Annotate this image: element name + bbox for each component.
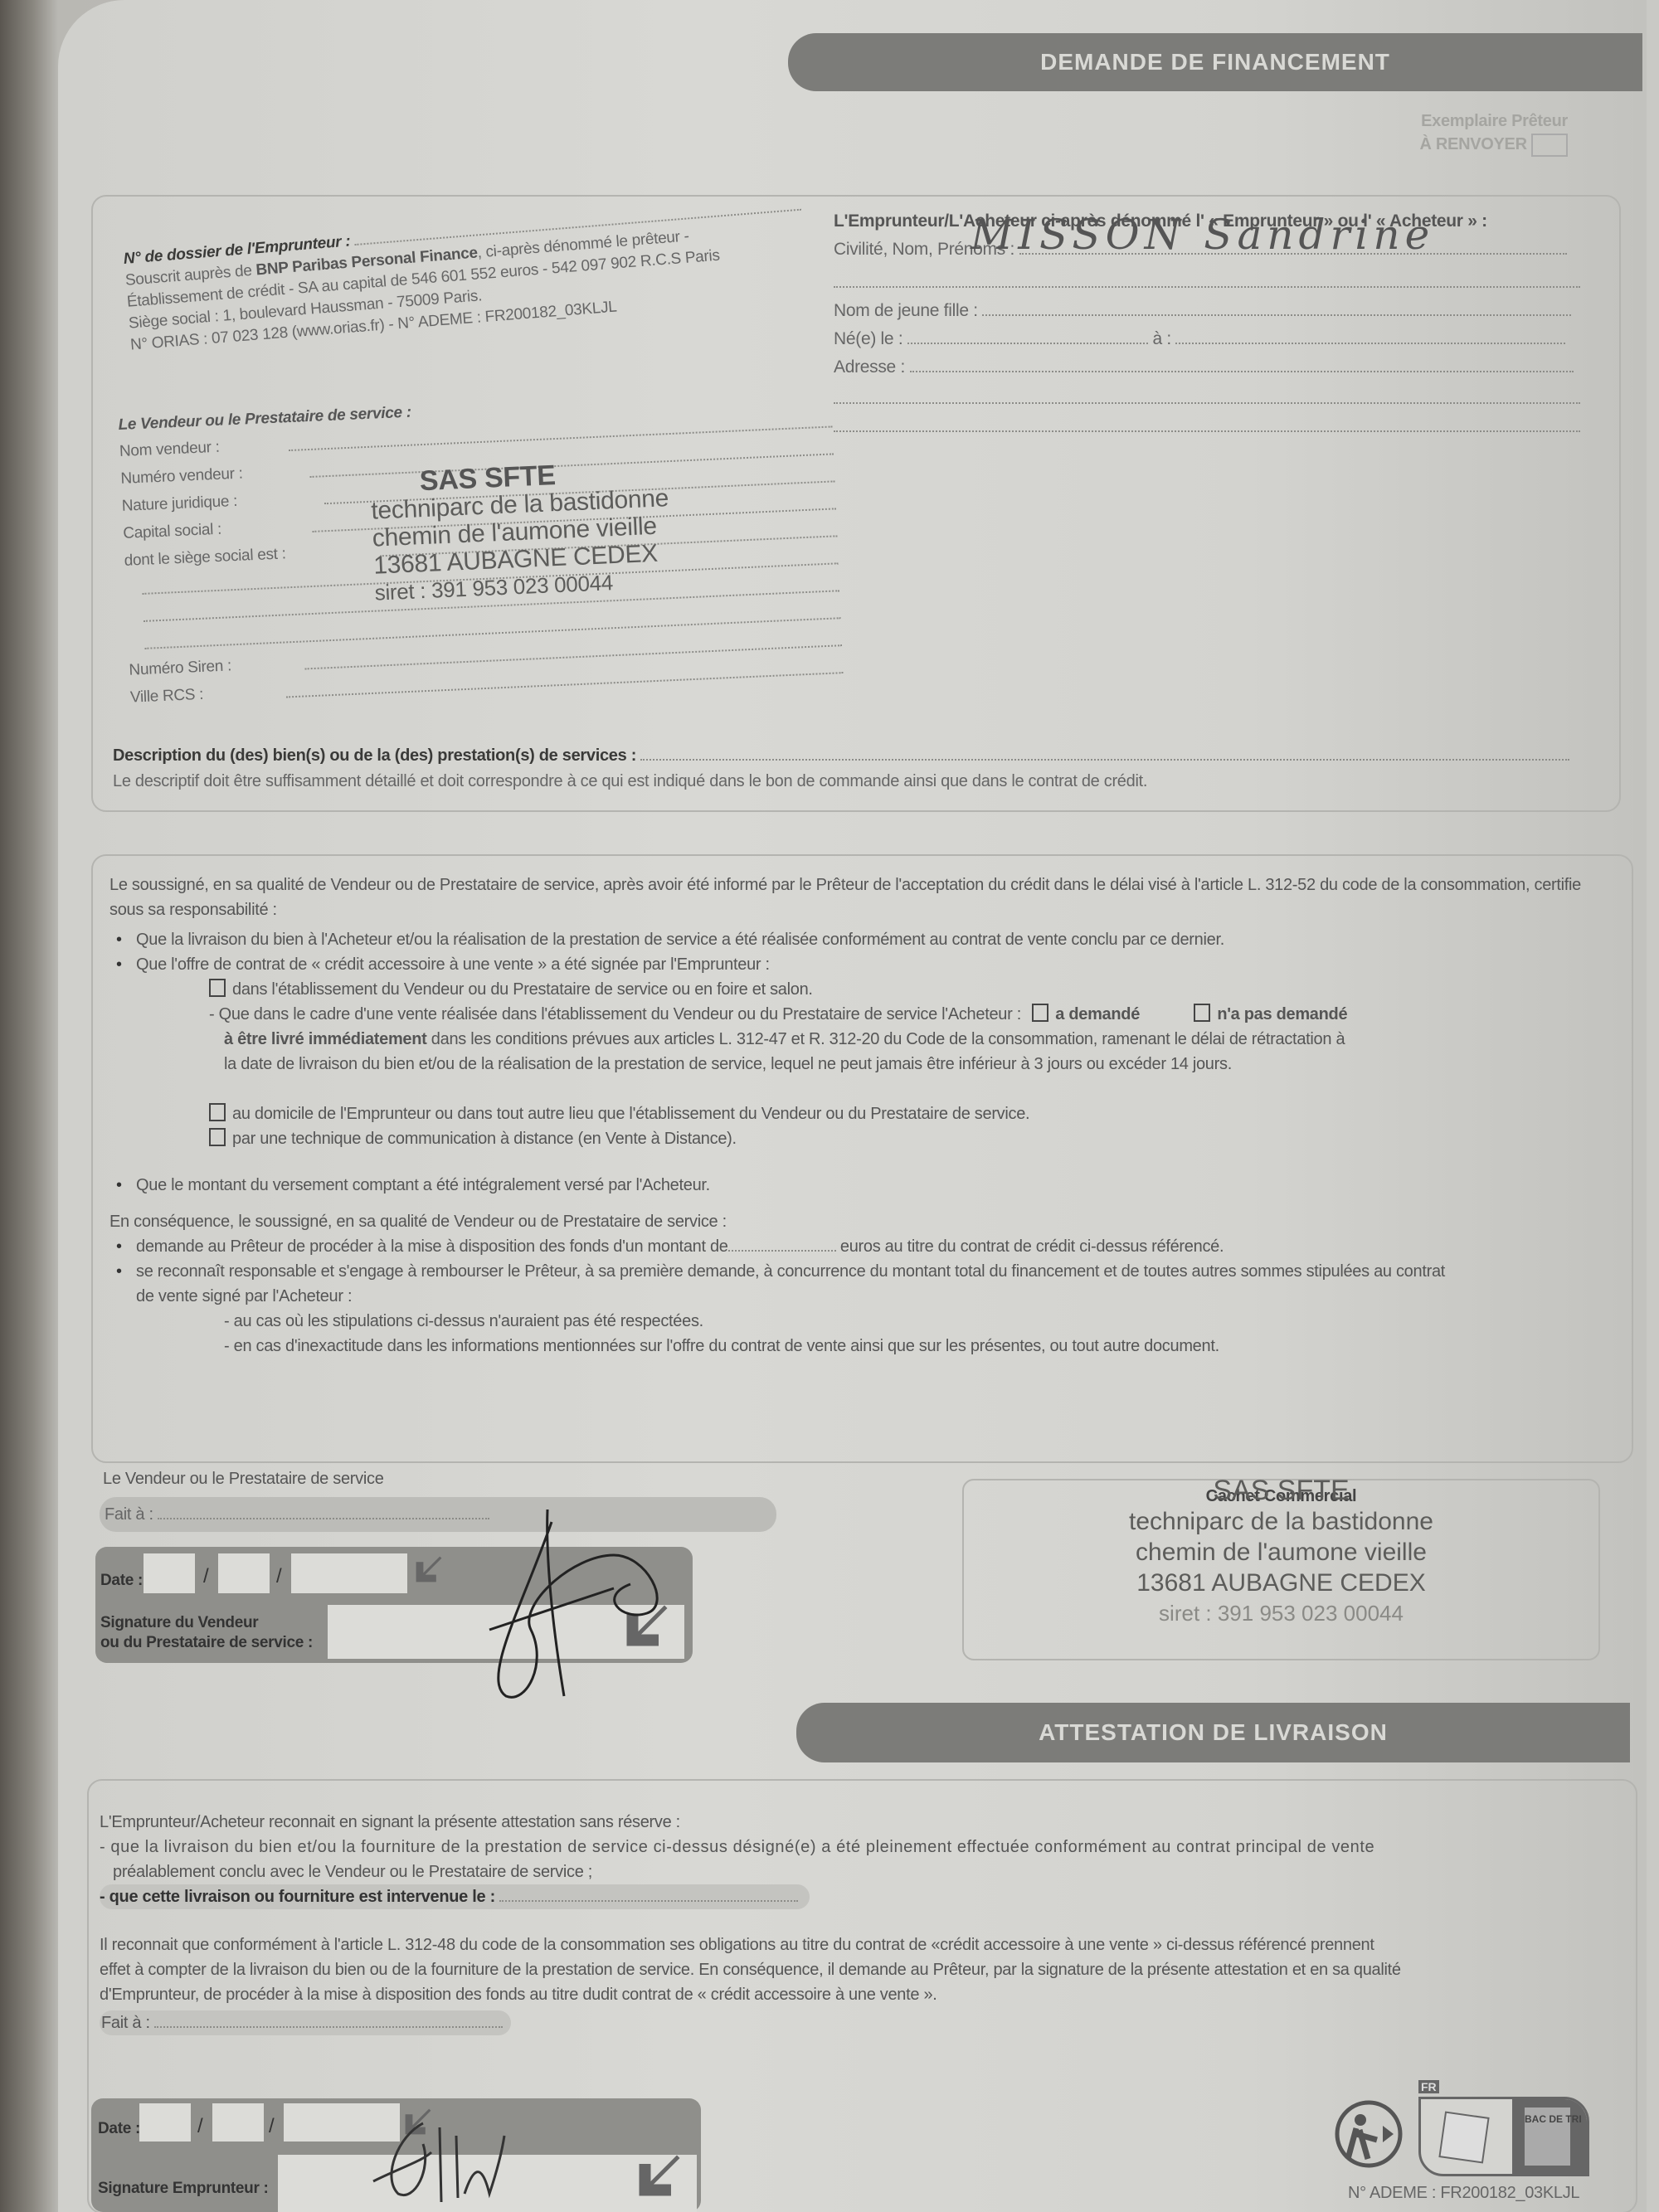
description-note: Le descriptif doit être suffisamment dét…	[113, 772, 1569, 791]
vendor-field-label: dont le siège social est :	[124, 545, 286, 569]
trash-bin-icon: BAC DE TRI	[1525, 2107, 1570, 2166]
checkbox-a-demande[interactable]	[1032, 1004, 1048, 1022]
vendor-fait-a-field[interactable]	[158, 1518, 489, 1519]
vendor-field-label: Capital social :	[123, 521, 222, 542]
delivery-paragraph-3: d'Emprunteur, de procéder à la mise à di…	[100, 1982, 1630, 2007]
label-na-pas-demande: n'a pas demandé	[1217, 1005, 1347, 1023]
ademe-number: N° ADEME : FR200182_03KLJL	[1348, 2184, 1579, 2203]
checkbox-domicile[interactable]	[209, 1103, 226, 1121]
delivery-paragraph-1: Il reconnait que conformément à l'articl…	[100, 1932, 1630, 1957]
vendor-date-label: Date :	[100, 1572, 143, 1590]
sorting-info-box: BAC DE TRI	[1418, 2097, 1589, 2176]
bin-label: BAC DE TRI	[1525, 2113, 1582, 2125]
triman-recycling-icon	[1331, 2097, 1406, 2171]
vendor-field-label: Numéro Siren :	[129, 657, 231, 678]
ne-le-label: Né(e) le :	[834, 329, 902, 348]
vendor-field-label: Nom vendeur :	[119, 439, 221, 460]
vendor-date-month[interactable]	[218, 1553, 270, 1593]
vendor-block: Le Vendeur ou le Prestataire de service …	[118, 382, 844, 711]
consequence-2-line2: de vente signé par l'Acheteur :	[136, 1284, 1603, 1309]
company-stamp-box: Cachet Commercial SAS SFTE techniparc de…	[962, 1479, 1600, 1660]
delivery-item-1: - que la livraison du bien et/ou la four…	[100, 1835, 1630, 1860]
consequence-2: se reconnaît responsable et s'engage à r…	[136, 1259, 1603, 1284]
civilite-row: Civilité, Nom, Prénoms : MISSON Sandrine	[834, 236, 1580, 264]
borrower-handwritten-signature	[365, 2103, 531, 2212]
date-separator: /	[276, 1565, 282, 1588]
label-a-demande: a demandé	[1055, 1005, 1140, 1023]
certification-bullet-1: Que la livraison du bien à l'Acheteur et…	[136, 927, 1603, 952]
civilite-handwritten-value: MISSON Sandrine	[971, 221, 1434, 249]
form-page: DEMANDE DE FINANCEMENT Exemplaire Prêteu…	[58, 0, 1647, 2212]
fait-a-label: Fait à :	[105, 1505, 153, 1524]
consequence-1: demande au Prêteur de procéder à la mise…	[136, 1234, 1603, 1259]
certification-bullet-2: Que l'offre de contrat de « crédit acces…	[136, 952, 1603, 977]
vendor-signature-label: Signature du Vendeur ou du Prestataire d…	[100, 1613, 313, 1653]
adresse-field[interactable]	[910, 371, 1574, 372]
vendor-date-day[interactable]	[144, 1553, 195, 1593]
description-field[interactable]	[640, 759, 1569, 761]
certification-text: Le soussigné, en sa qualité de Vendeur o…	[109, 873, 1603, 1359]
return-label: À RENVOYER	[1419, 135, 1526, 153]
civilite-field-2[interactable]	[834, 286, 1580, 288]
delivery-fait-a-row: Fait à :	[100, 2010, 511, 2035]
delivery-date-label: - que cette livraison ou fourniture est …	[100, 1888, 495, 1906]
option-etablissement: dans l'établissement du Vendeur ou du Pr…	[209, 977, 1603, 1002]
immediate-delivery-row: - Que dans le cadre d'une vente réalisée…	[209, 1002, 1603, 1027]
certification-bullet-3: Que le montant du versement comptant a é…	[136, 1173, 1603, 1198]
description-label: Description du (des) bien(s) ou de la (d…	[113, 746, 636, 765]
delivery-fait-a-label: Fait à :	[101, 2014, 150, 2032]
vendor-field-label: Ville RCS :	[130, 686, 204, 707]
date-separator: /	[197, 2115, 203, 2138]
arrow-down-left-icon	[630, 2146, 688, 2205]
retraction-text: la date de livraison du bien et/ou de la…	[224, 1052, 1603, 1077]
paper-icon	[1438, 2112, 1489, 2164]
consequence-intro: En conséquence, le soussigné, en sa qual…	[109, 1209, 1603, 1234]
company-stamp-text: SAS SFTE techniparc de la bastidonne che…	[964, 1475, 1598, 1629]
adresse-field-3[interactable]	[834, 430, 1580, 432]
checkbox-distance[interactable]	[209, 1128, 226, 1146]
delivery-banner: ATTESTATION DE LIVRAISON	[796, 1703, 1630, 1762]
borrower-date-day[interactable]	[139, 2103, 191, 2142]
birth-place-field[interactable]	[1175, 343, 1565, 344]
copy-label-line2: À RENVOYER	[1419, 133, 1568, 157]
vendor-signature-heading: Le Vendeur ou le Prestataire de service	[103, 1470, 384, 1489]
vendor-field-label: Numéro vendeur :	[120, 465, 243, 488]
nom-jeune-fille-label: Nom de jeune fille :	[834, 301, 978, 320]
vendor-field-label: Nature juridique :	[121, 493, 237, 515]
vendor-date-year[interactable]	[291, 1553, 407, 1593]
case-2: - en cas d'inexactitude dans les informa…	[224, 1334, 1603, 1359]
birth-place-label: à :	[1152, 329, 1170, 348]
checkbox-na-pas-demande[interactable]	[1194, 1004, 1210, 1022]
nom-jeune-fille-field[interactable]	[982, 314, 1571, 316]
immediate-delivery-text: à être livré immédiatement dans les cond…	[224, 1027, 1603, 1052]
vendor-handwritten-signature	[448, 1505, 722, 1704]
delivery-title: ATTESTATION DE LIVRAISON	[1039, 1719, 1388, 1745]
envelope-icon	[1531, 134, 1568, 157]
delivery-item-2-row: - que cette livraison ou fourniture est …	[100, 1884, 810, 1909]
date-separator: /	[269, 2115, 275, 2138]
borrower-block: L'Emprunteur/L'Acheteur ci-après dénommé…	[834, 207, 1580, 441]
delivery-text: L'Emprunteur/Acheteur reconnait en signa…	[100, 1810, 1630, 2035]
borrower-date-label: Date :	[98, 2120, 140, 2138]
adresse-label: Adresse :	[834, 357, 905, 377]
delivery-fait-a-field[interactable]	[154, 2026, 503, 2028]
title-banner: DEMANDE DE FINANCEMENT	[788, 33, 1642, 91]
amount-field[interactable]	[728, 1250, 836, 1252]
option-distance: par une technique de communication à dis…	[209, 1126, 1603, 1151]
copy-label-line1: Exemplaire Prêteur	[1419, 109, 1568, 133]
checkbox-etablissement[interactable]	[209, 979, 226, 997]
borrower-signature-label: Signature Emprunteur :	[98, 2180, 269, 2198]
delivery-paragraph-2: effet à compter de la livraison du bien …	[100, 1957, 1630, 1982]
borrower-date-month[interactable]	[212, 2103, 264, 2142]
certification-intro: Le soussigné, en sa qualité de Vendeur o…	[109, 873, 1603, 922]
date-separator: /	[203, 1565, 209, 1588]
delivery-intro: L'Emprunteur/Acheteur reconnait en signa…	[100, 1810, 1630, 1835]
document-title: DEMANDE DE FINANCEMENT	[1040, 49, 1390, 75]
delivery-date-field[interactable]	[499, 1900, 798, 1902]
case-1: - au cas où les stipulations ci-dessus n…	[224, 1309, 1603, 1334]
copy-label: Exemplaire Prêteur À RENVOYER	[1419, 109, 1568, 157]
option-domicile: au domicile de l'Emprunteur ou dans tout…	[209, 1101, 1603, 1126]
vendor-fields: Nom vendeur :Numéro vendeur :Nature juri…	[119, 406, 844, 711]
birth-date-field[interactable]	[907, 343, 1148, 344]
description-block: Description du (des) bien(s) ou de la (d…	[113, 746, 1569, 791]
delivery-item-1-line2: préalablement conclu avec le Vendeur ou …	[113, 1860, 1630, 1884]
fr-badge: FR	[1418, 2080, 1439, 2093]
adresse-field-2[interactable]	[834, 402, 1580, 404]
arrow-down-left-icon	[411, 1551, 447, 1587]
